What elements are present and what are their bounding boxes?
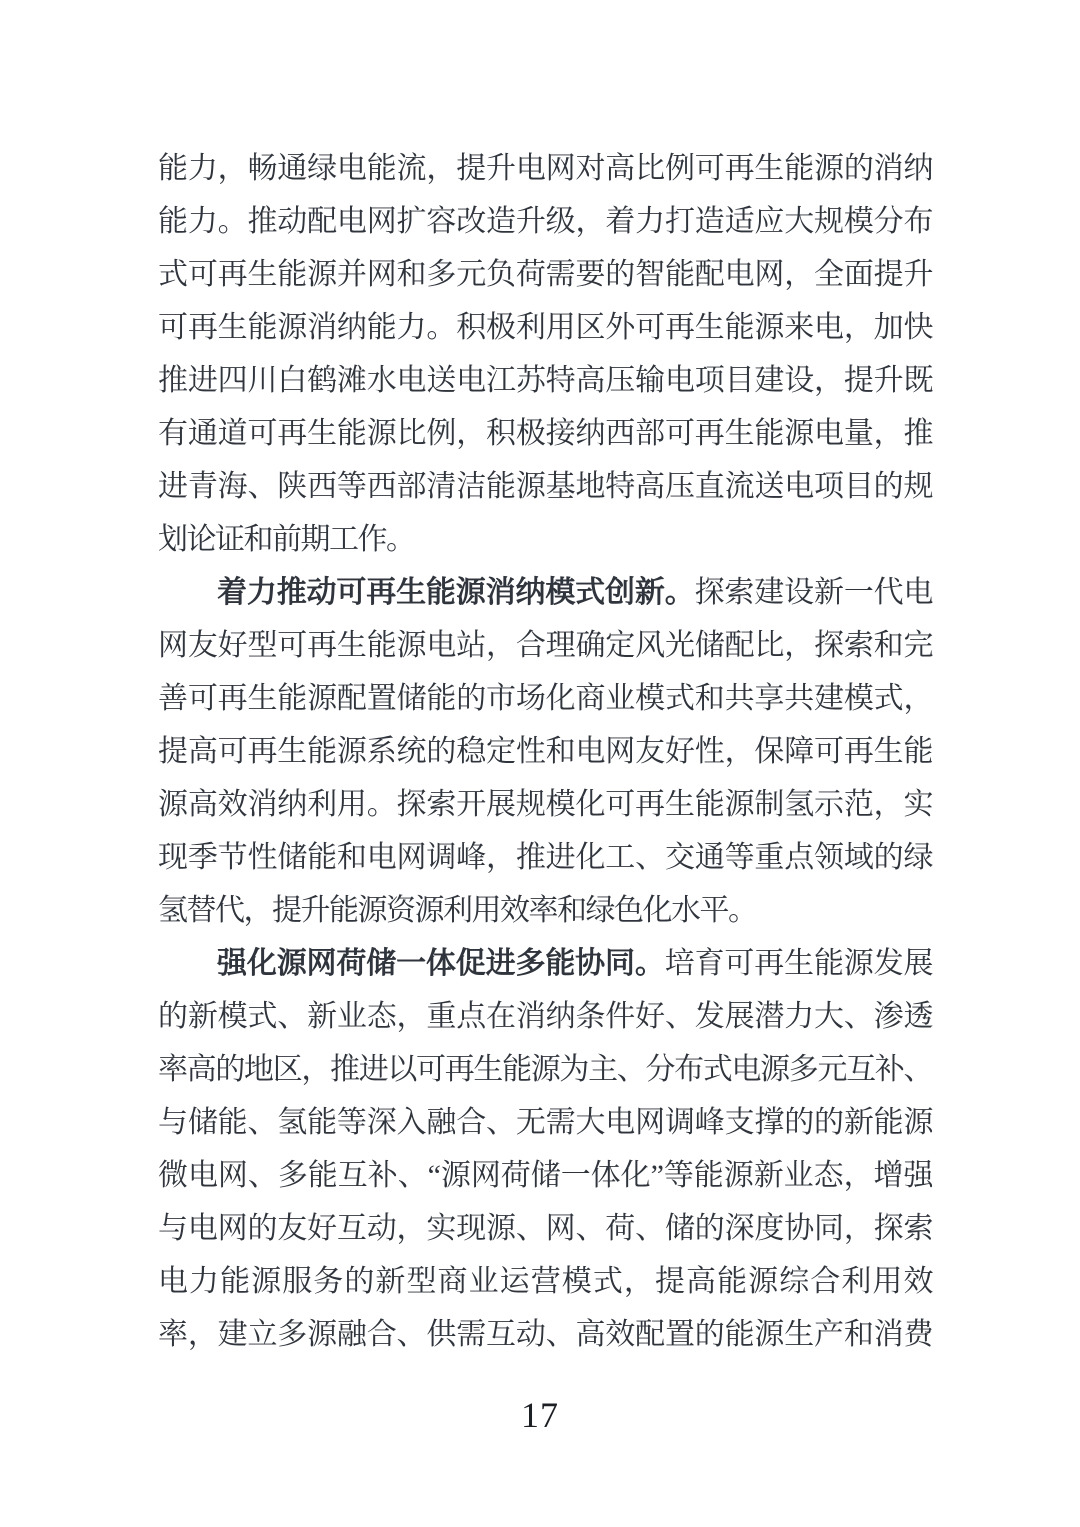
text-line: 率，建立多源融合、供需互动、高效配置的能源生产和消费 [158, 1308, 932, 1361]
line-text: 进青海、陕西等西部清洁能源基地特高压直流送电项目的规 [158, 470, 932, 503]
line-text: 电力能源服务的新型商业运营模式，提高能源综合利用效 [158, 1265, 932, 1298]
text-line: 微电网、多能互补、“源网荷储一体化”等能源新业态，增强 [158, 1149, 932, 1202]
text-line: 进青海、陕西等西部清洁能源基地特高压直流送电项目的规 [158, 460, 932, 513]
line-text: 推进四川白鹤滩水电送电江苏特高压输电项目建设，提升既 [158, 364, 932, 397]
line-text: 的新模式、新业态，重点在消纳条件好、发展潜力大、渗透 [158, 1000, 932, 1033]
text-line: 率高的地区，推进以可再生能源为主、分布式电源多元互补、 [158, 1043, 932, 1096]
text-line: 电力能源服务的新型商业运营模式，提高能源综合利用效 [158, 1255, 932, 1308]
line-text: 善可再生能源配置储能的市场化商业模式和共享共建模式， [158, 682, 932, 715]
line-text: 有通道可再生能源比例，积极接纳西部可再生能源电量，推 [158, 417, 932, 450]
text-line: 能力。推动配电网扩容改造升级，着力打造适应大规模分布 [158, 195, 932, 248]
text-line: 现季节性储能和电网调峰，推进化工、交通等重点领域的绿 [158, 831, 932, 884]
line-text: 微电网、多能互补、“源网荷储一体化”等能源新业态，增强 [158, 1159, 932, 1192]
paragraph-lead-bold: 着力推动可再生能源消纳模式创新。 [217, 576, 695, 609]
text-line: 式可再生能源并网和多元负荷需要的智能配电网，全面提升 [158, 248, 932, 301]
text-line: 推进四川白鹤滩水电送电江苏特高压输电项目建设，提升既 [158, 354, 932, 407]
text-line: 可再生能源消纳能力。积极利用区外可再生能源来电，加快 [158, 301, 932, 354]
line-text: 网友好型可再生能源电站，合理确定风光储配比，探索和完 [158, 629, 932, 662]
text-line: 的新模式、新业态，重点在消纳条件好、发展潜力大、渗透 [158, 990, 932, 1043]
line-text: 可再生能源消纳能力。积极利用区外可再生能源来电，加快 [158, 311, 932, 344]
line-text: 源高效消纳利用。探索开展规模化可再生能源制氢示范，实 [158, 788, 932, 821]
line-text: 探索建设新一代电 [695, 576, 932, 609]
paragraph-lead-bold: 强化源网荷储一体促进多能协同。 [217, 947, 665, 980]
line-text: 与电网的友好互动，实现源、网、荷、储的深度协同，探索 [158, 1212, 932, 1245]
text-line: 划论证和前期工作。 [158, 513, 932, 566]
line-text: 式可再生能源并网和多元负荷需要的智能配电网，全面提升 [158, 258, 932, 291]
line-text: 氢替代，提升能源资源利用效率和绿色化水平。 [158, 894, 757, 927]
text-line: 与储能、氢能等深入融合、无需大电网调峰支撑的的新能源 [158, 1096, 932, 1149]
text-line: 善可再生能源配置储能的市场化商业模式和共享共建模式， [158, 672, 932, 725]
text-line: 有通道可再生能源比例，积极接纳西部可再生能源电量，推 [158, 407, 932, 460]
line-text: 与储能、氢能等深入融合、无需大电网调峰支撑的的新能源 [158, 1106, 932, 1139]
line-text: 提高可再生能源系统的稳定性和电网友好性，保障可再生能 [158, 735, 932, 768]
text-line: 网友好型可再生能源电站，合理确定风光储配比，探索和完 [158, 619, 932, 672]
page-number: 17 [0, 1392, 1080, 1438]
text-block: 能力，畅通绿电能流，提升电网对高比例可再生能源的消纳能力。推动配电网扩容改造升级… [158, 142, 932, 1361]
line-text: 率高的地区，推进以可再生能源为主、分布式电源多元互补、 [158, 1053, 932, 1086]
line-text: 现季节性储能和电网调峰，推进化工、交通等重点领域的绿 [158, 841, 932, 874]
line-text: 划论证和前期工作。 [158, 523, 415, 556]
text-line: 能力，畅通绿电能流，提升电网对高比例可再生能源的消纳 [158, 142, 932, 195]
line-text: 能力。推动配电网扩容改造升级，着力打造适应大规模分布 [158, 205, 932, 238]
text-line: 氢替代，提升能源资源利用效率和绿色化水平。 [158, 884, 932, 937]
text-line: 提高可再生能源系统的稳定性和电网友好性，保障可再生能 [158, 725, 932, 778]
text-line: 源高效消纳利用。探索开展规模化可再生能源制氢示范，实 [158, 778, 932, 831]
text-line: 强化源网荷储一体促进多能协同。培育可再生能源发展 [158, 937, 932, 990]
line-text: 能力，畅通绿电能流，提升电网对高比例可再生能源的消纳 [158, 152, 932, 185]
line-text: 培育可再生能源发展 [665, 947, 932, 980]
text-line: 与电网的友好互动，实现源、网、荷、储的深度协同，探索 [158, 1202, 932, 1255]
line-text: 率，建立多源融合、供需互动、高效配置的能源生产和消费 [158, 1318, 932, 1351]
text-line: 着力推动可再生能源消纳模式创新。探索建设新一代电 [158, 566, 932, 619]
document-page: 能力，畅通绿电能流，提升电网对高比例可再生能源的消纳能力。推动配电网扩容改造升级… [0, 0, 1080, 1527]
